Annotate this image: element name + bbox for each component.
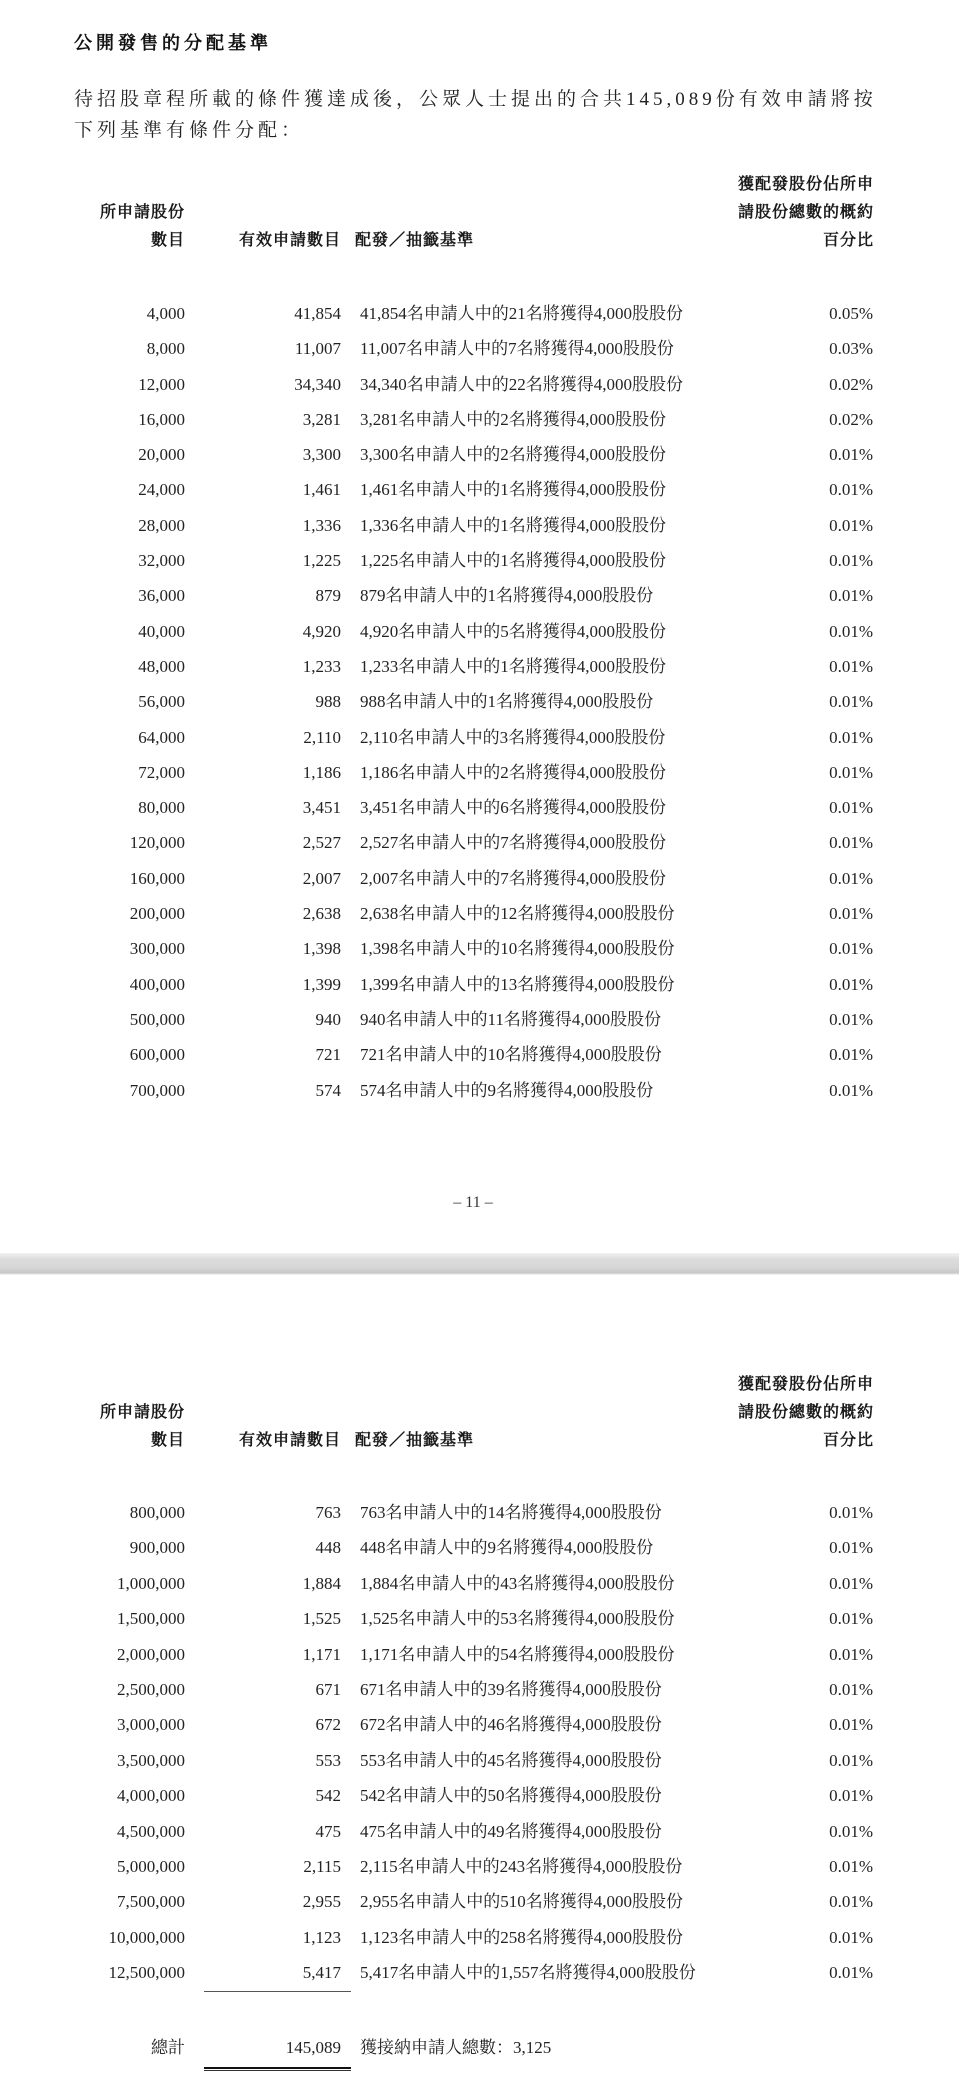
basis-of-allocation-cell: 2,115名申請人中的243名將獲得4,000股股份 — [360, 1849, 682, 1884]
valid-applications-cell: 1,171 — [190, 1637, 341, 1672]
shares-applied-cell: 8,000 — [60, 331, 185, 366]
shares-applied-cell: 4,500,000 — [60, 1814, 185, 1849]
percentage-cell: 0.05% — [760, 296, 873, 331]
table-row: 400,000 1,399 1,399名申請人中的13名將獲得4,000股股份 … — [0, 967, 959, 1002]
header-valid-applications: 有效申請數目 — [180, 1427, 341, 1455]
table-row: 16,000 3,281 3,281名申請人中的2名將獲得4,000股股份 0.… — [0, 402, 959, 437]
basis-of-allocation-cell: 1,399名申請人中的13名將獲得4,000股股份 — [360, 967, 675, 1002]
basis-of-allocation-cell: 1,461名申請人中的1名將獲得4,000股股份 — [360, 472, 666, 507]
shares-applied-cell: 3,500,000 — [60, 1743, 185, 1778]
shares-applied-cell: 4,000,000 — [60, 1778, 185, 1813]
shares-applied-cell: 1,500,000 — [60, 1601, 185, 1636]
header-text: 所申請股份 — [60, 1399, 185, 1427]
table-row: 120,000 2,527 2,527名申請人中的7名將獲得4,000股股份 0… — [0, 825, 959, 860]
percentage-cell: 0.01% — [760, 1530, 873, 1565]
basis-of-allocation-cell: 11,007名申請人中的7名將獲得4,000股股份 — [360, 331, 674, 366]
intro-line: 下列基準有條件分配： — [74, 115, 886, 146]
table-row: 64,000 2,110 2,110名申請人中的3名將獲得4,000股股份 0.… — [0, 720, 959, 755]
shares-applied-cell: 80,000 — [60, 790, 185, 825]
header-text: 獲配發股份佔所申 — [690, 1371, 874, 1399]
valid-applications-cell: 1,399 — [190, 967, 341, 1002]
percentage-cell: 0.01% — [760, 543, 873, 578]
table-row: 700,000 574 574名申請人中的9名將獲得4,000股股份 0.01% — [0, 1073, 959, 1108]
percentage-cell: 0.01% — [760, 1814, 873, 1849]
basis-of-allocation-cell: 542名申請人中的50名將獲得4,000股股份 — [360, 1778, 662, 1813]
subtotal-rule — [204, 1991, 351, 1992]
table-row: 160,000 2,007 2,007名申請人中的7名將獲得4,000股股份 0… — [0, 861, 959, 896]
percentage-cell: 0.01% — [760, 508, 873, 543]
page-separator — [0, 1253, 959, 1275]
valid-applications-cell: 2,110 — [190, 720, 341, 755]
valid-applications-cell: 574 — [190, 1073, 341, 1108]
shares-applied-cell: 600,000 — [60, 1037, 185, 1072]
basis-of-allocation-cell: 448名申請人中的9名將獲得4,000股股份 — [360, 1530, 653, 1565]
shares-applied-cell: 3,000,000 — [60, 1707, 185, 1742]
percentage-cell: 0.01% — [760, 967, 873, 1002]
table-row: 56,000 988 988名申請人中的1名將獲得4,000股股份 0.01% — [0, 684, 959, 719]
header-text: 數目 — [60, 227, 185, 255]
valid-applications-cell: 1,525 — [190, 1601, 341, 1636]
table-row: 3,000,000 672 672名申請人中的46名將獲得4,000股股份 0.… — [0, 1707, 959, 1742]
valid-applications-cell: 1,225 — [190, 543, 341, 578]
basis-of-allocation-cell: 672名申請人中的46名將獲得4,000股股份 — [360, 1707, 662, 1742]
header-text: 獲配發股份佔所申 — [690, 171, 874, 199]
valid-applications-cell: 1,233 — [190, 649, 341, 684]
basis-of-allocation-cell: 3,281名申請人中的2名將獲得4,000股股份 — [360, 402, 666, 437]
total-double-rule — [204, 2067, 351, 2071]
valid-applications-cell: 448 — [190, 1530, 341, 1565]
basis-of-allocation-cell: 2,110名申請人中的3名將獲得4,000股股份 — [360, 720, 665, 755]
valid-applications-cell: 11,007 — [190, 331, 341, 366]
table-row: 2,000,000 1,171 1,171名申請人中的54名將獲得4,000股股… — [0, 1637, 959, 1672]
percentage-cell: 0.01% — [760, 1743, 873, 1778]
table-row: 48,000 1,233 1,233名申請人中的1名將獲得4,000股股份 0.… — [0, 649, 959, 684]
header-text: 請股份總數的概約 — [690, 1399, 874, 1427]
basis-of-allocation-cell: 1,225名申請人中的1名將獲得4,000股股份 — [360, 543, 666, 578]
table-row: 20,000 3,300 3,300名申請人中的2名將獲得4,000股股份 0.… — [0, 437, 959, 472]
percentage-cell: 0.01% — [760, 861, 873, 896]
valid-applications-cell: 1,186 — [190, 755, 341, 790]
header-basis-of-allocation: 配發／抽籤基準 — [355, 1427, 474, 1455]
intro-line: 待招股章程所載的條件獲達成後，公眾人士提出的合共145,089份有效申請將按 — [74, 84, 886, 115]
percentage-cell: 0.02% — [760, 402, 873, 437]
percentage-cell: 0.01% — [760, 1495, 873, 1530]
shares-applied-cell: 300,000 — [60, 931, 185, 966]
table-row: 80,000 3,451 3,451名申請人中的6名將獲得4,000股股份 0.… — [0, 790, 959, 825]
shares-applied-cell: 2,500,000 — [60, 1672, 185, 1707]
valid-applications-cell: 671 — [190, 1672, 341, 1707]
percentage-cell: 0.01% — [760, 1073, 873, 1108]
percentage-cell: 0.01% — [760, 684, 873, 719]
basis-of-allocation-cell: 721名申請人中的10名將獲得4,000股股份 — [360, 1037, 662, 1072]
table-row: 1,500,000 1,525 1,525名申請人中的53名將獲得4,000股股… — [0, 1601, 959, 1636]
basis-of-allocation-cell: 671名申請人中的39名將獲得4,000股股份 — [360, 1672, 662, 1707]
basis-of-allocation-cell: 1,233名申請人中的1名將獲得4,000股股份 — [360, 649, 666, 684]
shares-applied-cell: 16,000 — [60, 402, 185, 437]
basis-of-allocation-cell: 1,123名申請人中的258名將獲得4,000股股份 — [360, 1920, 683, 1955]
table-row: 72,000 1,186 1,186名申請人中的2名將獲得4,000股股份 0.… — [0, 755, 959, 790]
table-row: 3,500,000 553 553名申請人中的45名將獲得4,000股股份 0.… — [0, 1743, 959, 1778]
percentage-cell: 0.01% — [760, 1566, 873, 1601]
basis-of-allocation-cell: 475名申請人中的49名將獲得4,000股股份 — [360, 1814, 662, 1849]
percentage-cell: 0.02% — [760, 367, 873, 402]
percentage-cell: 0.01% — [760, 1920, 873, 1955]
shares-applied-cell: 2,000,000 — [60, 1637, 185, 1672]
shares-applied-cell: 120,000 — [60, 825, 185, 860]
valid-applications-cell: 763 — [190, 1495, 341, 1530]
basis-of-allocation-cell: 1,525名申請人中的53名將獲得4,000股股份 — [360, 1601, 675, 1636]
percentage-cell: 0.03% — [760, 331, 873, 366]
header-text: 所申請股份 — [60, 199, 185, 227]
valid-applications-cell: 672 — [190, 1707, 341, 1742]
header-approx-percentage: 獲配發股份佔所申 請股份總數的概約 百分比 — [690, 171, 874, 255]
header-basis-of-allocation: 配發／抽籤基準 — [355, 227, 474, 255]
percentage-cell: 0.01% — [760, 1672, 873, 1707]
valid-applications-cell: 4,920 — [190, 614, 341, 649]
valid-applications-cell: 3,300 — [190, 437, 341, 472]
percentage-cell: 0.01% — [760, 755, 873, 790]
table-row: 12,000 34,340 34,340名申請人中的22名將獲得4,000股股份… — [0, 367, 959, 402]
table-row: 40,000 4,920 4,920名申請人中的5名將獲得4,000股股份 0.… — [0, 614, 959, 649]
basis-of-allocation-cell: 1,398名申請人中的10名將獲得4,000股股份 — [360, 931, 675, 966]
valid-applications-cell: 940 — [190, 1002, 341, 1037]
valid-applications-cell: 34,340 — [190, 367, 341, 402]
basis-of-allocation-cell: 2,955名申請人中的510名將獲得4,000股股份 — [360, 1884, 683, 1919]
section-title: 公開發售的分配基準 — [74, 31, 272, 55]
table-row: 24,000 1,461 1,461名申請人中的1名將獲得4,000股股份 0.… — [0, 472, 959, 507]
basis-of-allocation-cell: 763名申請人中的14名將獲得4,000股股份 — [360, 1495, 662, 1530]
table-row: 300,000 1,398 1,398名申請人中的10名將獲得4,000股股份 … — [0, 931, 959, 966]
valid-applications-cell: 1,336 — [190, 508, 341, 543]
header-text: 百分比 — [690, 227, 874, 255]
table-row: 4,000,000 542 542名申請人中的50名將獲得4,000股股份 0.… — [0, 1778, 959, 1813]
table-row: 500,000 940 940名申請人中的11名將獲得4,000股股份 0.01… — [0, 1002, 959, 1037]
valid-applications-cell: 475 — [190, 1814, 341, 1849]
shares-applied-cell: 12,500,000 — [60, 1955, 185, 1990]
percentage-cell: 0.01% — [760, 472, 873, 507]
basis-of-allocation-cell: 2,007名申請人中的7名將獲得4,000股股份 — [360, 861, 666, 896]
header-shares-applied: 所申請股份 數目 — [60, 1399, 185, 1455]
basis-of-allocation-cell: 1,186名申請人中的2名將獲得4,000股股份 — [360, 755, 666, 790]
table-row: 900,000 448 448名申請人中的9名將獲得4,000股股份 0.01% — [0, 1530, 959, 1565]
shares-applied-cell: 40,000 — [60, 614, 185, 649]
total-valid-applications: 145,089 — [190, 2030, 341, 2066]
valid-applications-cell: 3,281 — [190, 402, 341, 437]
basis-of-allocation-cell: 2,638名申請人中的12名將獲得4,000股股份 — [360, 896, 675, 931]
shares-applied-cell: 700,000 — [60, 1073, 185, 1108]
header-text: 百分比 — [690, 1427, 874, 1455]
shares-applied-cell: 800,000 — [60, 1495, 185, 1530]
intro-paragraph: 待招股章程所載的條件獲達成後，公眾人士提出的合共145,089份有效申請將按 下… — [74, 84, 886, 146]
shares-applied-cell: 4,000 — [60, 296, 185, 331]
percentage-cell: 0.01% — [760, 649, 873, 684]
percentage-cell: 0.01% — [760, 1002, 873, 1037]
total-successful-applicants: 獲接納申請人總數：3,125 — [360, 2030, 551, 2066]
basis-of-allocation-cell: 1,336名申請人中的1名將獲得4,000股股份 — [360, 508, 666, 543]
table-row: 8,000 11,007 11,007名申請人中的7名將獲得4,000股股份 0… — [0, 331, 959, 366]
shares-applied-cell: 1,000,000 — [60, 1566, 185, 1601]
table-row: 10,000,000 1,123 1,123名申請人中的258名將獲得4,000… — [0, 1920, 959, 1955]
allocation-table-body-page-2: 800,000 763 763名申請人中的14名將獲得4,000股股份 0.01… — [0, 1495, 959, 1990]
header-shares-applied: 所申請股份 數目 — [60, 199, 185, 255]
document-view: 公開發售的分配基準 待招股章程所載的條件獲達成後，公眾人士提出的合共145,08… — [0, 0, 959, 2082]
basis-of-allocation-cell: 2,527名申請人中的7名將獲得4,000股股份 — [360, 825, 666, 860]
basis-of-allocation-cell: 553名申請人中的45名將獲得4,000股股份 — [360, 1743, 662, 1778]
shares-applied-cell: 72,000 — [60, 755, 185, 790]
basis-of-allocation-cell: 879名申請人中的1名將獲得4,000股股份 — [360, 578, 653, 613]
shares-applied-cell: 10,000,000 — [60, 1920, 185, 1955]
header-valid-applications: 有效申請數目 — [180, 227, 341, 255]
percentage-cell: 0.01% — [760, 578, 873, 613]
table-row: 800,000 763 763名申請人中的14名將獲得4,000股股份 0.01… — [0, 1495, 959, 1530]
shares-applied-cell: 7,500,000 — [60, 1884, 185, 1919]
shares-applied-cell: 36,000 — [60, 578, 185, 613]
table-row: 2,500,000 671 671名申請人中的39名將獲得4,000股股份 0.… — [0, 1672, 959, 1707]
table-row: 12,500,000 5,417 5,417名申請人中的1,557名將獲得4,0… — [0, 1955, 959, 1990]
valid-applications-cell: 542 — [190, 1778, 341, 1813]
percentage-cell: 0.01% — [760, 1707, 873, 1742]
shares-applied-cell: 56,000 — [60, 684, 185, 719]
basis-of-allocation-cell: 940名申請人中的11名將獲得4,000股股份 — [360, 1002, 661, 1037]
table-row: 28,000 1,336 1,336名申請人中的1名將獲得4,000股股份 0.… — [0, 508, 959, 543]
header-text: 請股份總數的概約 — [690, 199, 874, 227]
shares-applied-cell: 64,000 — [60, 720, 185, 755]
header-text: 數目 — [60, 1427, 185, 1455]
shares-applied-cell: 200,000 — [60, 896, 185, 931]
table-header-page-2: 所申請股份 數目 有效申請數目 配發／抽籤基準 獲配發股份佔所申 請股份總數的概… — [0, 1371, 959, 1455]
valid-applications-cell: 553 — [190, 1743, 341, 1778]
valid-applications-cell: 879 — [190, 578, 341, 613]
valid-applications-cell: 1,884 — [190, 1566, 341, 1601]
shares-applied-cell: 32,000 — [60, 543, 185, 578]
percentage-cell: 0.01% — [760, 1884, 873, 1919]
basis-of-allocation-cell: 41,854名申請人中的21名將獲得4,000股股份 — [360, 296, 683, 331]
percentage-cell: 0.01% — [760, 1037, 873, 1072]
percentage-cell: 0.01% — [760, 614, 873, 649]
valid-applications-cell: 2,527 — [190, 825, 341, 860]
basis-of-allocation-cell: 574名申請人中的9名將獲得4,000股股份 — [360, 1073, 653, 1108]
allocation-table-body-page-1: 4,000 41,854 41,854名申請人中的21名將獲得4,000股股份 … — [0, 296, 959, 1108]
table-row: 5,000,000 2,115 2,115名申請人中的243名將獲得4,000股… — [0, 1849, 959, 1884]
basis-of-allocation-cell: 1,884名申請人中的43名將獲得4,000股股份 — [360, 1566, 675, 1601]
valid-applications-cell: 1,123 — [190, 1920, 341, 1955]
shares-applied-cell: 500,000 — [60, 1002, 185, 1037]
shares-applied-cell: 400,000 — [60, 967, 185, 1002]
percentage-cell: 0.01% — [760, 1955, 873, 1990]
percentage-cell: 0.01% — [760, 1601, 873, 1636]
shares-applied-cell: 48,000 — [60, 649, 185, 684]
valid-applications-cell: 721 — [190, 1037, 341, 1072]
valid-applications-cell: 1,398 — [190, 931, 341, 966]
total-label: 總計 — [60, 2030, 185, 2066]
basis-of-allocation-cell: 1,171名申請人中的54名將獲得4,000股股份 — [360, 1637, 675, 1672]
percentage-cell: 0.01% — [760, 896, 873, 931]
percentage-cell: 0.01% — [760, 1849, 873, 1884]
valid-applications-cell: 3,451 — [190, 790, 341, 825]
header-approx-percentage: 獲配發股份佔所申 請股份總數的概約 百分比 — [690, 1371, 874, 1455]
percentage-cell: 0.01% — [760, 1778, 873, 1813]
percentage-cell: 0.01% — [760, 790, 873, 825]
table-row: 200,000 2,638 2,638名申請人中的12名將獲得4,000股股份 … — [0, 896, 959, 931]
percentage-cell: 0.01% — [760, 720, 873, 755]
table-row: 4,500,000 475 475名申請人中的49名將獲得4,000股股份 0.… — [0, 1814, 959, 1849]
valid-applications-cell: 988 — [190, 684, 341, 719]
valid-applications-cell: 41,854 — [190, 296, 341, 331]
valid-applications-cell: 5,417 — [190, 1955, 341, 1990]
valid-applications-cell: 2,955 — [190, 1884, 341, 1919]
percentage-cell: 0.01% — [760, 825, 873, 860]
percentage-cell: 0.01% — [760, 931, 873, 966]
percentage-cell: 0.01% — [760, 437, 873, 472]
shares-applied-cell: 28,000 — [60, 508, 185, 543]
basis-of-allocation-cell: 3,451名申請人中的6名將獲得4,000股股份 — [360, 790, 666, 825]
valid-applications-cell: 2,638 — [190, 896, 341, 931]
shares-applied-cell: 12,000 — [60, 367, 185, 402]
total-row: 總計 145,089 獲接納申請人總數：3,125 — [0, 2030, 959, 2066]
page-number: – 11 – — [423, 1193, 523, 1213]
basis-of-allocation-cell: 988名申請人中的1名將獲得4,000股股份 — [360, 684, 653, 719]
table-row: 7,500,000 2,955 2,955名申請人中的510名將獲得4,000股… — [0, 1884, 959, 1919]
table-row: 36,000 879 879名申請人中的1名將獲得4,000股股份 0.01% — [0, 578, 959, 613]
shares-applied-cell: 900,000 — [60, 1530, 185, 1565]
shares-applied-cell: 160,000 — [60, 861, 185, 896]
shares-applied-cell: 20,000 — [60, 437, 185, 472]
valid-applications-cell: 2,115 — [190, 1849, 341, 1884]
table-header-page-1: 所申請股份 數目 有效申請數目 配發／抽籤基準 獲配發股份佔所申 請股份總數的概… — [0, 171, 959, 255]
percentage-cell: 0.01% — [760, 1637, 873, 1672]
table-row: 600,000 721 721名申請人中的10名將獲得4,000股股份 0.01… — [0, 1037, 959, 1072]
shares-applied-cell: 24,000 — [60, 472, 185, 507]
basis-of-allocation-cell: 34,340名申請人中的22名將獲得4,000股股份 — [360, 367, 683, 402]
basis-of-allocation-cell: 5,417名申請人中的1,557名將獲得4,000股股份 — [360, 1955, 696, 1990]
basis-of-allocation-cell: 3,300名申請人中的2名將獲得4,000股股份 — [360, 437, 666, 472]
table-row: 1,000,000 1,884 1,884名申請人中的43名將獲得4,000股股… — [0, 1566, 959, 1601]
shares-applied-cell: 5,000,000 — [60, 1849, 185, 1884]
table-row: 32,000 1,225 1,225名申請人中的1名將獲得4,000股股份 0.… — [0, 543, 959, 578]
valid-applications-cell: 1,461 — [190, 472, 341, 507]
basis-of-allocation-cell: 4,920名申請人中的5名將獲得4,000股股份 — [360, 614, 666, 649]
valid-applications-cell: 2,007 — [190, 861, 341, 896]
table-row: 4,000 41,854 41,854名申請人中的21名將獲得4,000股股份 … — [0, 296, 959, 331]
